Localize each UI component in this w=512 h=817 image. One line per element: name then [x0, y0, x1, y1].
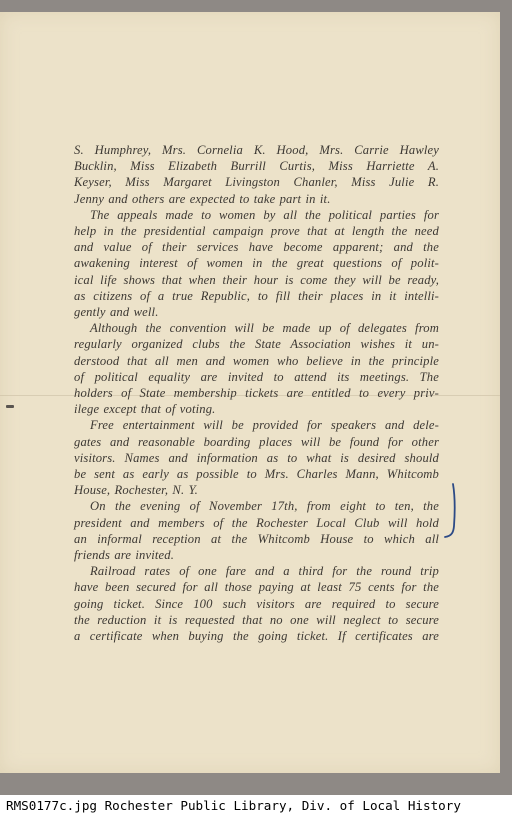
text-line: Although the convention will be made up … — [74, 320, 439, 336]
text-line: ical life shows that when their hour is … — [74, 272, 439, 288]
text-line: president and members of the Rochester L… — [74, 515, 439, 531]
text-line: have been secured for all those paying a… — [74, 579, 439, 595]
paragraph-names: S. Humphrey, Mrs. Cornelia K. Hood, Mrs.… — [74, 142, 439, 207]
paragraph-appeals: The appeals made to women by all the pol… — [74, 207, 439, 320]
text-line: The appeals made to women by all the pol… — [74, 207, 439, 223]
text-line: gates and reasonable boarding places wil… — [74, 434, 439, 450]
text-line: S. Humphrey, Mrs. Cornelia K. Hood, Mrs.… — [74, 142, 439, 158]
text-line: On the evening of November 17th, from ei… — [74, 498, 439, 514]
text-line: awakening interest of women in the great… — [74, 255, 439, 271]
paragraph-railroad: Railroad rates of one fare and a third f… — [74, 563, 439, 644]
text-line: the reduction it is requested that no on… — [74, 612, 439, 628]
text-line: gently and well. — [74, 304, 439, 320]
text-line: House, Rochester, N. Y. — [74, 482, 439, 498]
text-line: Bucklin, Miss Elizabeth Burrill Curtis, … — [74, 158, 439, 174]
image-caption: RMS0177c.jpg Rochester Public Library, D… — [0, 795, 512, 817]
text-line: be sent as early as possible to Mrs. Cha… — [74, 466, 439, 482]
text-line: Keyser, Miss Margaret Livingston Chanler… — [74, 174, 439, 190]
text-line: Railroad rates of one fare and a third f… — [74, 563, 439, 579]
text-line: going ticket. Since 100 such visitors ar… — [74, 596, 439, 612]
text-line: and value of their services have become … — [74, 239, 439, 255]
text-line: a certificate when buying the going tick… — [74, 628, 439, 644]
text-line: as citizens of a true Republic, to fill … — [74, 288, 439, 304]
pen-bracket-mark — [443, 482, 459, 540]
text-line: help in the presidential campaign prove … — [74, 223, 439, 239]
paragraph-entertainment: Free entertainment will be provided for … — [74, 417, 439, 498]
text-line: of political equality are invited to att… — [74, 369, 439, 385]
text-line: holders of State membership tickets are … — [74, 385, 439, 401]
text-line: friends are invited. — [74, 547, 439, 563]
text-line: an informal reception at the Whitcomb Ho… — [74, 531, 439, 547]
document-body: S. Humphrey, Mrs. Cornelia K. Hood, Mrs.… — [74, 142, 439, 644]
text-line: derstood that all men and women who beli… — [74, 353, 439, 369]
text-line: ilege except that of voting. — [74, 401, 439, 417]
paragraph-reception: On the evening of November 17th, from ei… — [74, 498, 439, 563]
text-line: Jenny and others are expected to take pa… — [74, 191, 439, 207]
text-line: regularly organized clubs the State Asso… — [74, 336, 439, 352]
paragraph-convention: Although the convention will be made up … — [74, 320, 439, 417]
text-line: Free entertainment will be provided for … — [74, 417, 439, 433]
fold-mark — [6, 405, 14, 408]
text-line: visitors. Names and information as to wh… — [74, 450, 439, 466]
